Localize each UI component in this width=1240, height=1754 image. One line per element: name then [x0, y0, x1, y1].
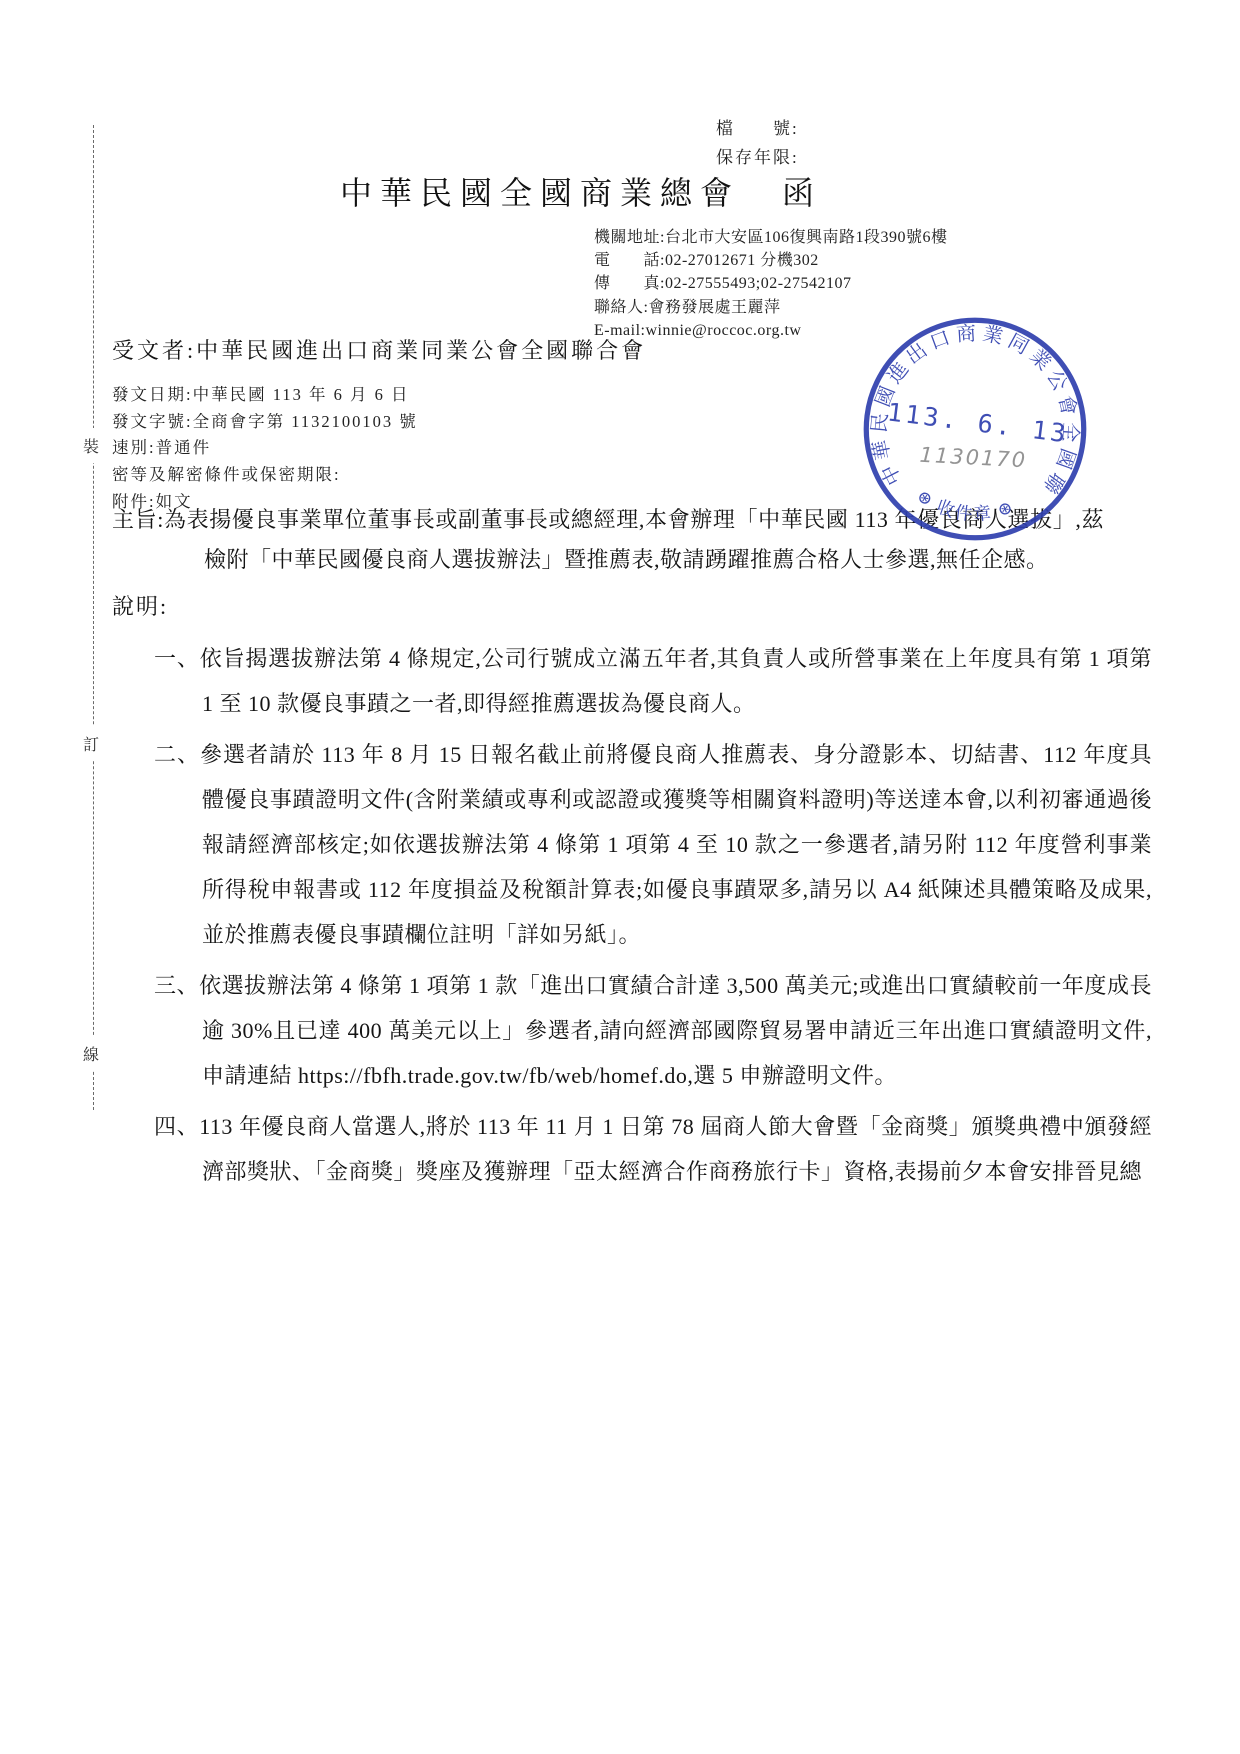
file-number-label: 檔 號:	[716, 114, 799, 143]
item-text: 113 年優良商人當選人,將於 113 年 11 月 1 日第 78 屆商人節大…	[199, 1114, 1152, 1184]
dispatch-meta-block: 發文日期:中華民國 113 年 6 月 6 日 發文字號:全商會字第 11321…	[112, 382, 418, 516]
explanation-item-2: 二、參選者請於 113 年 8 月 15 日報名截止前將優良商人推薦表、身分證影…	[154, 732, 1152, 957]
subject-paragraph: 主旨:為表揚優良事業單位董事長或副董事長或總經理,本會辦理「中華民國 113 年…	[112, 500, 1104, 580]
item-number: 二、	[154, 742, 200, 767]
explanation-item-4: 四、113 年優良商人當選人,將於 113 年 11 月 1 日第 78 屆商人…	[154, 1104, 1152, 1194]
explanation-item-1: 一、依旨揭選拔辦法第 4 條規定,公司行號成立滿五年者,其負責人或所營事業在上年…	[154, 636, 1152, 726]
org-phone: 電 話:02-27012671 分機302	[594, 249, 947, 272]
binding-margin-label-ding: 訂	[80, 726, 102, 761]
item-text: 參選者請於 113 年 8 月 15 日報名截止前將優良商人推薦表、身分證影本、…	[200, 742, 1152, 947]
issuing-org-name: 中華民國全國商業總會	[340, 175, 740, 211]
binding-margin-label-xian: 線	[80, 1036, 102, 1071]
subject-label: 主旨:	[112, 507, 164, 532]
binding-margin-label-zhuang: 裝	[80, 428, 102, 463]
item-text: 依選拔辦法第 4 條第 1 項第 1 款「進出口實績合計達 3,500 萬美元;…	[199, 973, 1152, 1088]
explanation-label: 說明:	[112, 586, 1107, 628]
binding-margin-line	[93, 125, 94, 1110]
explanation-item-3: 三、依選拔辦法第 4 條第 1 項第 1 款「進出口實績合計達 3,500 萬美…	[154, 963, 1152, 1098]
stamp-date: 113. 6. 13	[886, 397, 1071, 448]
issuer-contact-block: 機關地址:台北市大安區106復興南路1段390號6樓 電 話:02-270126…	[594, 226, 947, 342]
document-page: 裝 訂 線 檔 號: 保存年限: 中華民國全國商業總會函 機關地址:台北市大安區…	[0, 0, 1240, 1754]
stamp-handwritten-number: 1130170	[919, 443, 1028, 473]
file-number-block: 檔 號: 保存年限:	[716, 114, 799, 172]
dispatch-number-line: 發文字號:全商會字第 1132100103 號	[112, 409, 418, 436]
item-text: 依旨揭選拔辦法第 4 條規定,公司行號成立滿五年者,其負責人或所營事業在上年度具…	[200, 646, 1152, 716]
document-type: 函	[782, 175, 822, 211]
subject-text: 為表揚優良事業單位董事長或副董事長或總經理,本會辦理「中華民國 113 年優良商…	[164, 507, 1104, 572]
dispatch-date-line: 發文日期:中華民國 113 年 6 月 6 日	[112, 382, 418, 409]
delivery-speed-line: 速別:普通件	[112, 435, 418, 462]
recipient-line: 受文者:中華民國進出口商業同業公會全國聯合會	[112, 334, 646, 365]
security-class-line: 密等及解密條件或保密期限:	[112, 462, 418, 489]
letter-body: 主旨:為表揚優良事業單位董事長或副董事長或總經理,本會辦理「中華民國 113 年…	[112, 500, 1107, 1200]
org-contact-person: 聯絡人:會務發展處王麗萍	[594, 296, 947, 319]
document-title: 中華民國全國商業總會函	[340, 168, 822, 214]
org-address: 機關地址:台北市大安區106復興南路1段390號6樓	[594, 226, 947, 249]
org-email: E-mail:winnie@roccoc.org.tw	[594, 319, 947, 342]
item-number: 一、	[154, 646, 200, 671]
explanation-items: 一、依旨揭選拔辦法第 4 條規定,公司行號成立滿五年者,其負責人或所營事業在上年…	[154, 636, 1107, 1194]
item-number: 四、	[154, 1114, 199, 1139]
org-fax: 傳 真:02-27555493;02-27542107	[594, 272, 947, 295]
item-number: 三、	[154, 973, 199, 998]
